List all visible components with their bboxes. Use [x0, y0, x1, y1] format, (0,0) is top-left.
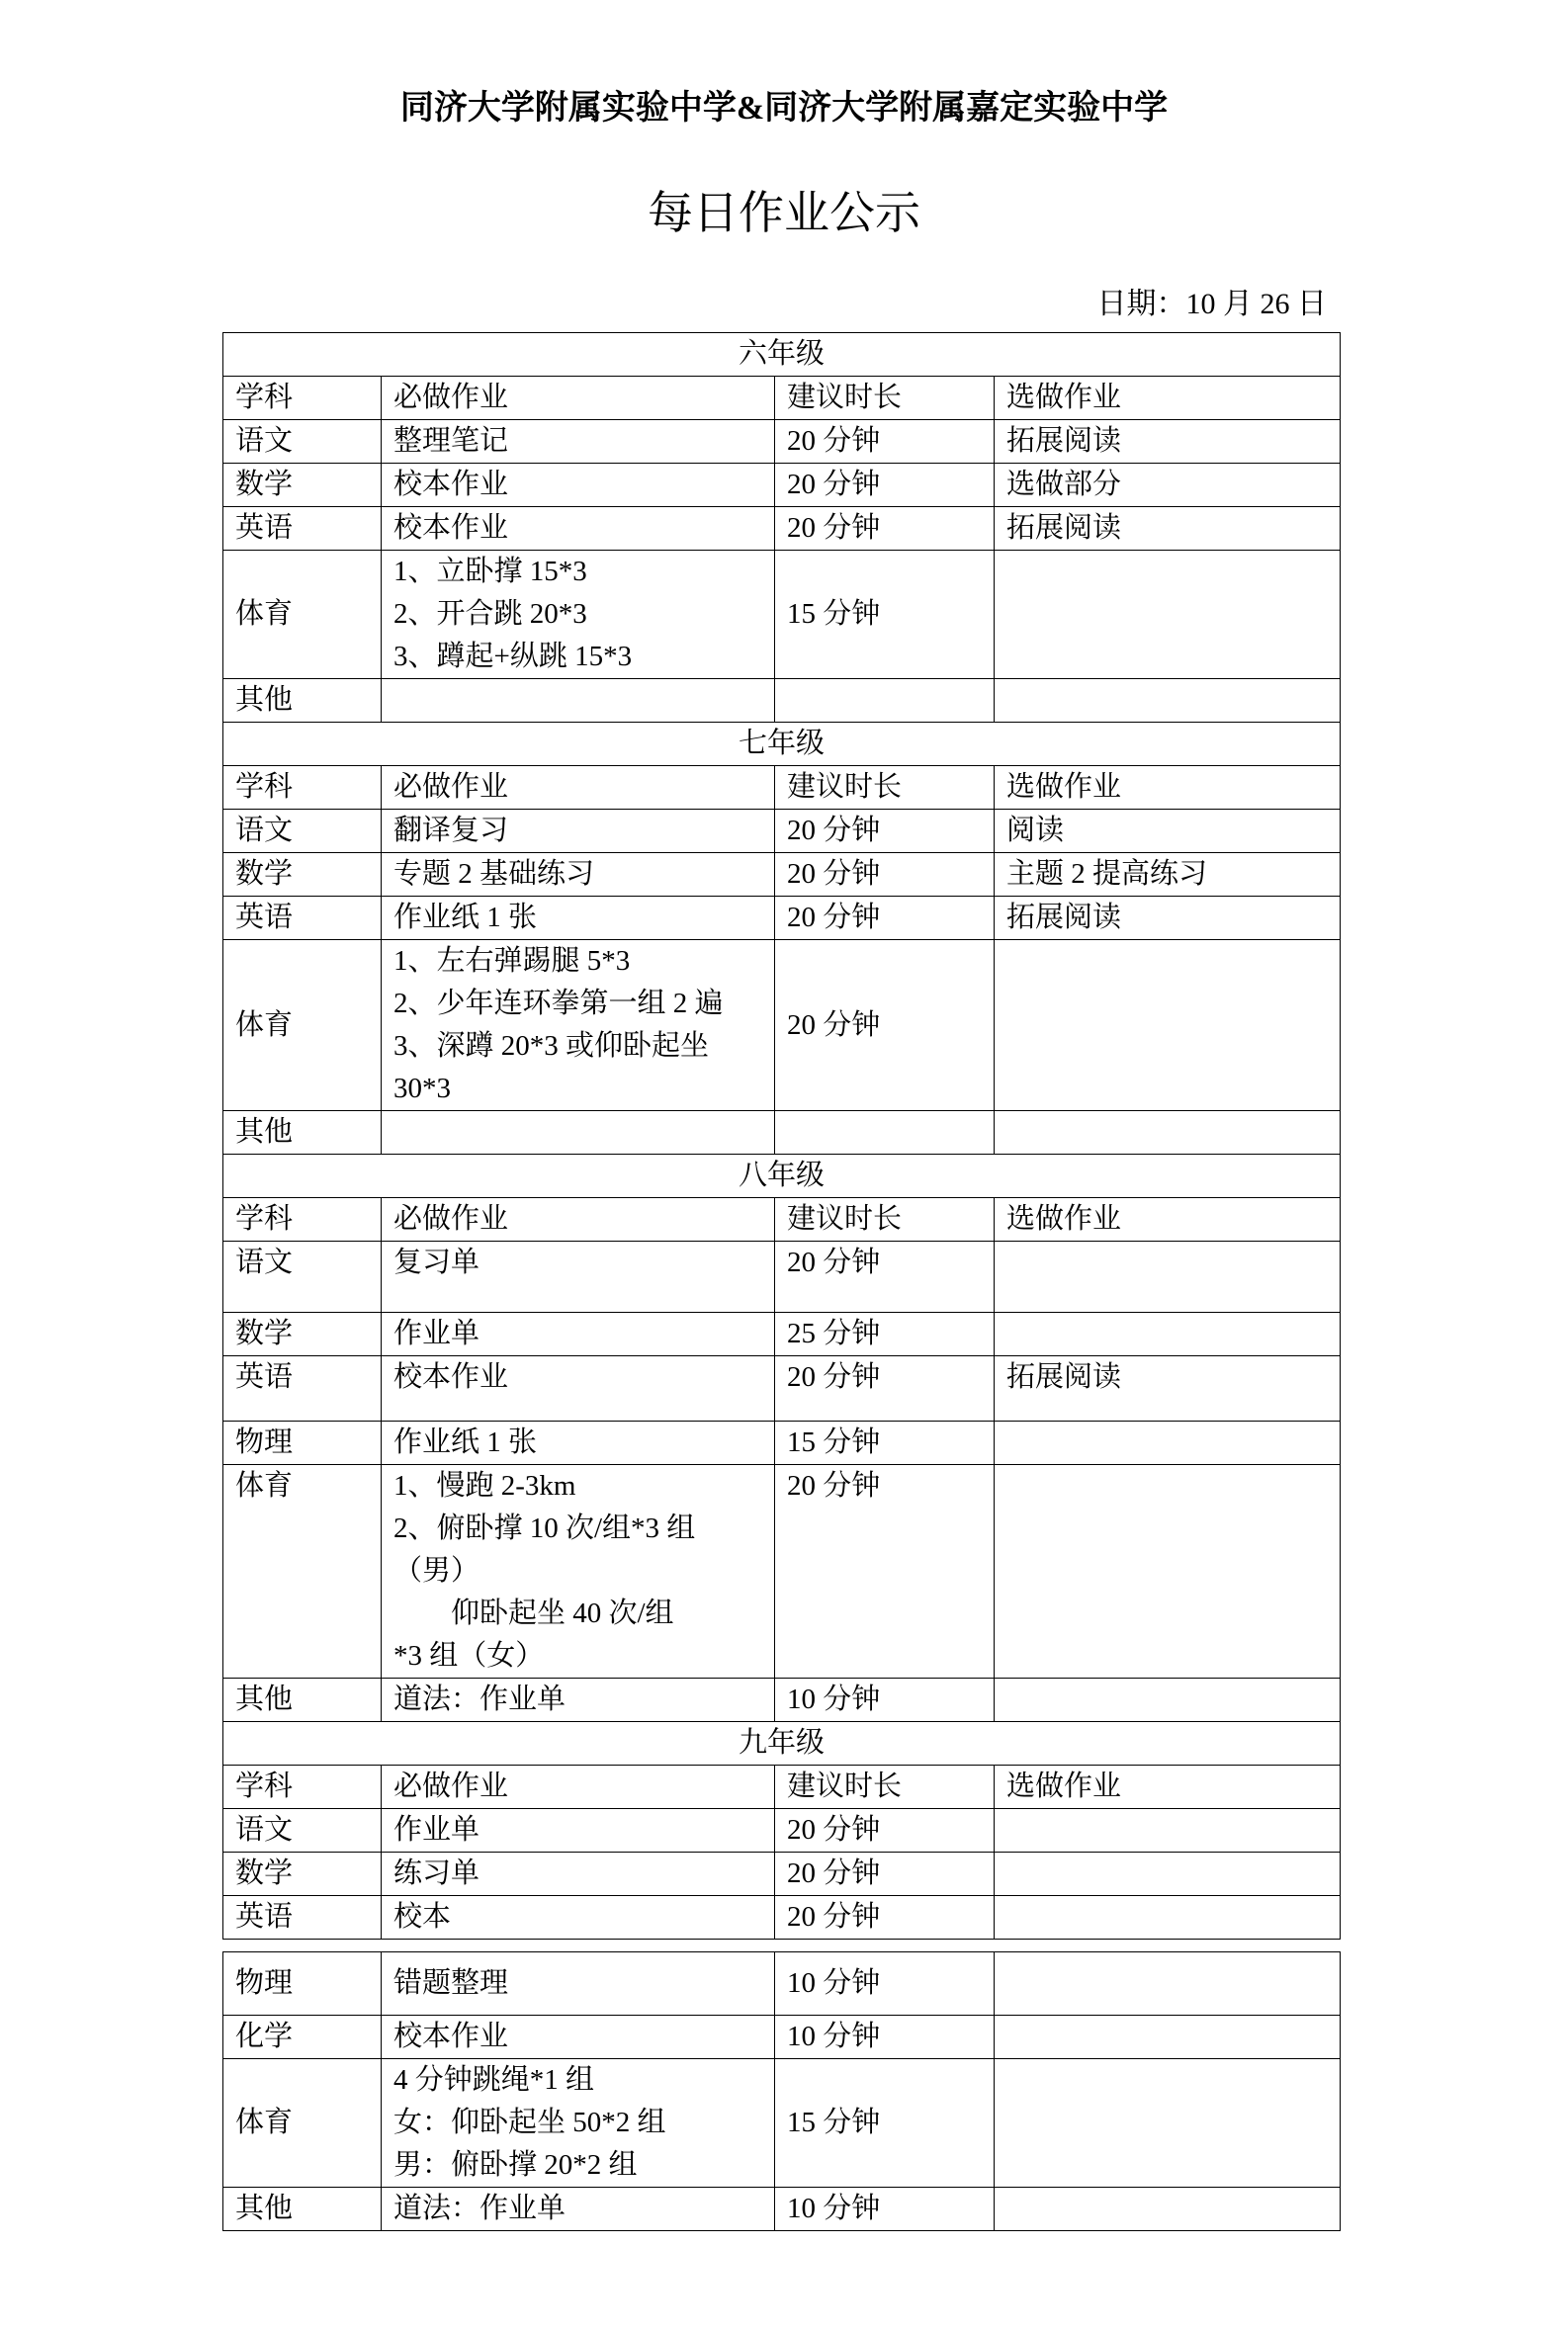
cell-duration: 15 分钟 — [775, 2059, 995, 2188]
cell-duration: 10 分钟 — [775, 1952, 995, 2016]
cell-required: 错题整理 — [382, 1952, 775, 2016]
cell-required — [382, 679, 775, 723]
col-header-duration: 建议时长 — [775, 766, 995, 810]
cell-required: 校本作业 — [382, 1356, 775, 1422]
cell-subject: 英语 — [223, 507, 382, 551]
cell-required: 整理笔记 — [382, 420, 775, 464]
cell-required: 1、立卧撑 15*3 2、开合跳 20*3 3、蹲起+纵跳 15*3 — [382, 551, 775, 679]
section-title: 六年级 — [223, 333, 1341, 377]
cell-subject: 其他 — [223, 2188, 382, 2231]
cell-duration: 20 分钟 — [775, 464, 995, 507]
cell-subject: 其他 — [223, 1111, 382, 1155]
cell-subject: 英语 — [223, 1896, 382, 1940]
col-header-optional: 选做作业 — [995, 766, 1341, 810]
column-header-row: 学科 必做作业 建议时长 选做作业 — [223, 1766, 1341, 1809]
cell-subject: 数学 — [223, 1313, 382, 1356]
homework-table-continued: 物理 错题整理 10 分钟 化学 校本作业 10 分钟 体育 4 分钟跳绳*1 … — [222, 1951, 1341, 2231]
cell-optional — [995, 1896, 1341, 1940]
section-header-grade6: 六年级 — [223, 333, 1341, 377]
section-header-grade7: 七年级 — [223, 723, 1341, 766]
col-header-subject: 学科 — [223, 1198, 382, 1242]
col-header-subject: 学科 — [223, 766, 382, 810]
col-header-optional: 选做作业 — [995, 1198, 1341, 1242]
cell-required: 复习单 — [382, 1242, 775, 1313]
cell-required: 校本作业 — [382, 464, 775, 507]
table-row: 英语 校本作业 20 分钟 拓展阅读 — [223, 1356, 1341, 1422]
cell-subject: 语文 — [223, 1242, 382, 1313]
cell-duration: 20 分钟 — [775, 507, 995, 551]
cell-required: 作业单 — [382, 1809, 775, 1853]
cell-required: 4 分钟跳绳*1 组 女：仰卧起坐 50*2 组 男：俯卧撑 20*2 组 — [382, 2059, 775, 2188]
cell-subject: 英语 — [223, 1356, 382, 1422]
cell-optional: 拓展阅读 — [995, 507, 1341, 551]
cell-optional — [995, 1313, 1341, 1356]
cell-optional — [995, 1242, 1341, 1313]
cell-optional — [995, 551, 1341, 679]
cell-required: 作业纸 1 张 — [382, 1422, 775, 1465]
cell-duration: 20 分钟 — [775, 940, 995, 1111]
cell-required: 1、左右弹踢腿 5*3 2、少年连环拳第一组 2 遍 3、深蹲 20*3 或仰卧… — [382, 940, 775, 1111]
cell-required: 道法：作业单 — [382, 2188, 775, 2231]
col-header-duration: 建议时长 — [775, 1198, 995, 1242]
cell-duration: 20 分钟 — [775, 1809, 995, 1853]
cell-subject: 语文 — [223, 810, 382, 853]
cell-optional — [995, 1422, 1341, 1465]
cell-optional — [995, 1111, 1341, 1155]
cell-duration: 20 分钟 — [775, 1242, 995, 1313]
cell-optional — [995, 1465, 1341, 1679]
table-row-sports: 体育 1、慢跑 2-3km 2、俯卧撑 10 次/组*3 组 （男） 仰卧起坐 … — [223, 1465, 1341, 1679]
cell-required: 1、慢跑 2-3km 2、俯卧撑 10 次/组*3 组 （男） 仰卧起坐 40 … — [382, 1465, 775, 1679]
section-title: 九年级 — [223, 1722, 1341, 1766]
table-row-sports: 体育 1、立卧撑 15*3 2、开合跳 20*3 3、蹲起+纵跳 15*3 15… — [223, 551, 1341, 679]
table-row: 其他 — [223, 1111, 1341, 1155]
cell-optional — [995, 1809, 1341, 1853]
section-title: 七年级 — [223, 723, 1341, 766]
table-row: 语文 复习单 20 分钟 — [223, 1242, 1341, 1313]
cell-subject: 体育 — [223, 940, 382, 1111]
cell-required: 校本作业 — [382, 2016, 775, 2059]
cell-required: 作业纸 1 张 — [382, 897, 775, 940]
cell-duration — [775, 1111, 995, 1155]
table-row: 语文 翻译复习 20 分钟 阅读 — [223, 810, 1341, 853]
cell-subject: 数学 — [223, 853, 382, 897]
column-header-row: 学科 必做作业 建议时长 选做作业 — [223, 766, 1341, 810]
cell-optional: 拓展阅读 — [995, 1356, 1341, 1422]
cell-subject: 其他 — [223, 1679, 382, 1722]
cell-duration: 20 分钟 — [775, 810, 995, 853]
cell-required: 道法：作业单 — [382, 1679, 775, 1722]
cell-required: 作业单 — [382, 1313, 775, 1356]
cell-optional: 主题 2 提高练习 — [995, 853, 1341, 897]
table-row: 数学 校本作业 20 分钟 选做部分 — [223, 464, 1341, 507]
table-row: 语文 整理笔记 20 分钟 拓展阅读 — [223, 420, 1341, 464]
cell-optional — [995, 1679, 1341, 1722]
table-row-sports: 体育 1、左右弹踢腿 5*3 2、少年连环拳第一组 2 遍 3、深蹲 20*3 … — [223, 940, 1341, 1111]
cell-optional — [995, 679, 1341, 723]
cell-duration — [775, 679, 995, 723]
cell-optional: 阅读 — [995, 810, 1341, 853]
col-header-subject: 学科 — [223, 377, 382, 420]
homework-table-main: 六年级 学科 必做作业 建议时长 选做作业 语文 整理笔记 20 分钟 拓展阅读… — [222, 332, 1341, 1940]
cell-duration: 20 分钟 — [775, 1356, 995, 1422]
col-header-required: 必做作业 — [382, 766, 775, 810]
section-title: 八年级 — [223, 1155, 1341, 1198]
cell-optional — [995, 940, 1341, 1111]
cell-optional: 拓展阅读 — [995, 420, 1341, 464]
school-title: 同济大学附属实验中学&同济大学附属嘉定实验中学 — [0, 0, 1568, 129]
cell-optional — [995, 2016, 1341, 2059]
cell-subject: 物理 — [223, 1422, 382, 1465]
cell-optional: 拓展阅读 — [995, 897, 1341, 940]
cell-required: 翻译复习 — [382, 810, 775, 853]
cell-subject: 化学 — [223, 2016, 382, 2059]
cell-required: 校本 — [382, 1896, 775, 1940]
cell-subject: 语文 — [223, 420, 382, 464]
cell-subject: 其他 — [223, 679, 382, 723]
cell-subject: 英语 — [223, 897, 382, 940]
table-row: 英语 校本作业 20 分钟 拓展阅读 — [223, 507, 1341, 551]
section-header-grade8: 八年级 — [223, 1155, 1341, 1198]
table-row: 其他 道法：作业单 10 分钟 — [223, 2188, 1341, 2231]
col-header-duration: 建议时长 — [775, 1766, 995, 1809]
cell-optional — [995, 1952, 1341, 2016]
table-row: 物理 作业纸 1 张 15 分钟 — [223, 1422, 1341, 1465]
cell-required: 校本作业 — [382, 507, 775, 551]
column-header-row: 学科 必做作业 建议时长 选做作业 — [223, 1198, 1341, 1242]
table-row: 语文 作业单 20 分钟 — [223, 1809, 1341, 1853]
cell-duration: 20 分钟 — [775, 1853, 995, 1896]
col-header-duration: 建议时长 — [775, 377, 995, 420]
section-header-grade9: 九年级 — [223, 1722, 1341, 1766]
cell-duration: 10 分钟 — [775, 2016, 995, 2059]
cell-required: 专题 2 基础练习 — [382, 853, 775, 897]
cell-duration: 20 分钟 — [775, 420, 995, 464]
cell-duration: 20 分钟 — [775, 1465, 995, 1679]
cell-required: 练习单 — [382, 1853, 775, 1896]
column-header-row: 学科 必做作业 建议时长 选做作业 — [223, 377, 1341, 420]
table-row: 数学 作业单 25 分钟 — [223, 1313, 1341, 1356]
cell-subject: 数学 — [223, 1853, 382, 1896]
col-header-required: 必做作业 — [382, 377, 775, 420]
cell-duration: 10 分钟 — [775, 1679, 995, 1722]
cell-duration: 20 分钟 — [775, 853, 995, 897]
cell-subject: 语文 — [223, 1809, 382, 1853]
table-row: 物理 错题整理 10 分钟 — [223, 1952, 1341, 2016]
table-row-sports: 体育 4 分钟跳绳*1 组 女：仰卧起坐 50*2 组 男：俯卧撑 20*2 组… — [223, 2059, 1341, 2188]
cell-optional — [995, 2188, 1341, 2231]
table-row: 英语 校本 20 分钟 — [223, 1896, 1341, 1940]
cell-optional: 选做部分 — [995, 464, 1341, 507]
table-row: 其他 — [223, 679, 1341, 723]
cell-subject: 体育 — [223, 1465, 382, 1679]
cell-required — [382, 1111, 775, 1155]
page-title: 每日作业公示 — [0, 188, 1568, 239]
table-row: 数学 专题 2 基础练习 20 分钟 主题 2 提高练习 — [223, 853, 1341, 897]
cell-duration: 25 分钟 — [775, 1313, 995, 1356]
col-header-required: 必做作业 — [382, 1198, 775, 1242]
cell-duration: 20 分钟 — [775, 897, 995, 940]
cell-subject: 物理 — [223, 1952, 382, 2016]
col-header-optional: 选做作业 — [995, 1766, 1341, 1809]
cell-optional — [995, 2059, 1341, 2188]
col-header-optional: 选做作业 — [995, 377, 1341, 420]
date-label: 日期：10 月 26 日 — [0, 289, 1568, 320]
cell-duration: 15 分钟 — [775, 1422, 995, 1465]
table-row: 其他 道法：作业单 10 分钟 — [223, 1679, 1341, 1722]
col-header-required: 必做作业 — [382, 1766, 775, 1809]
cell-duration: 10 分钟 — [775, 2188, 995, 2231]
table-row: 英语 作业纸 1 张 20 分钟 拓展阅读 — [223, 897, 1341, 940]
cell-subject: 体育 — [223, 2059, 382, 2188]
document-page: 同济大学附属实验中学&同济大学附属嘉定实验中学 每日作业公示 日期：10 月 2… — [0, 0, 1568, 2333]
cell-duration: 15 分钟 — [775, 551, 995, 679]
table-row: 数学 练习单 20 分钟 — [223, 1853, 1341, 1896]
cell-subject: 数学 — [223, 464, 382, 507]
cell-subject: 体育 — [223, 551, 382, 679]
cell-duration: 20 分钟 — [775, 1896, 995, 1940]
cell-optional — [995, 1853, 1341, 1896]
table-row: 化学 校本作业 10 分钟 — [223, 2016, 1341, 2059]
col-header-subject: 学科 — [223, 1766, 382, 1809]
